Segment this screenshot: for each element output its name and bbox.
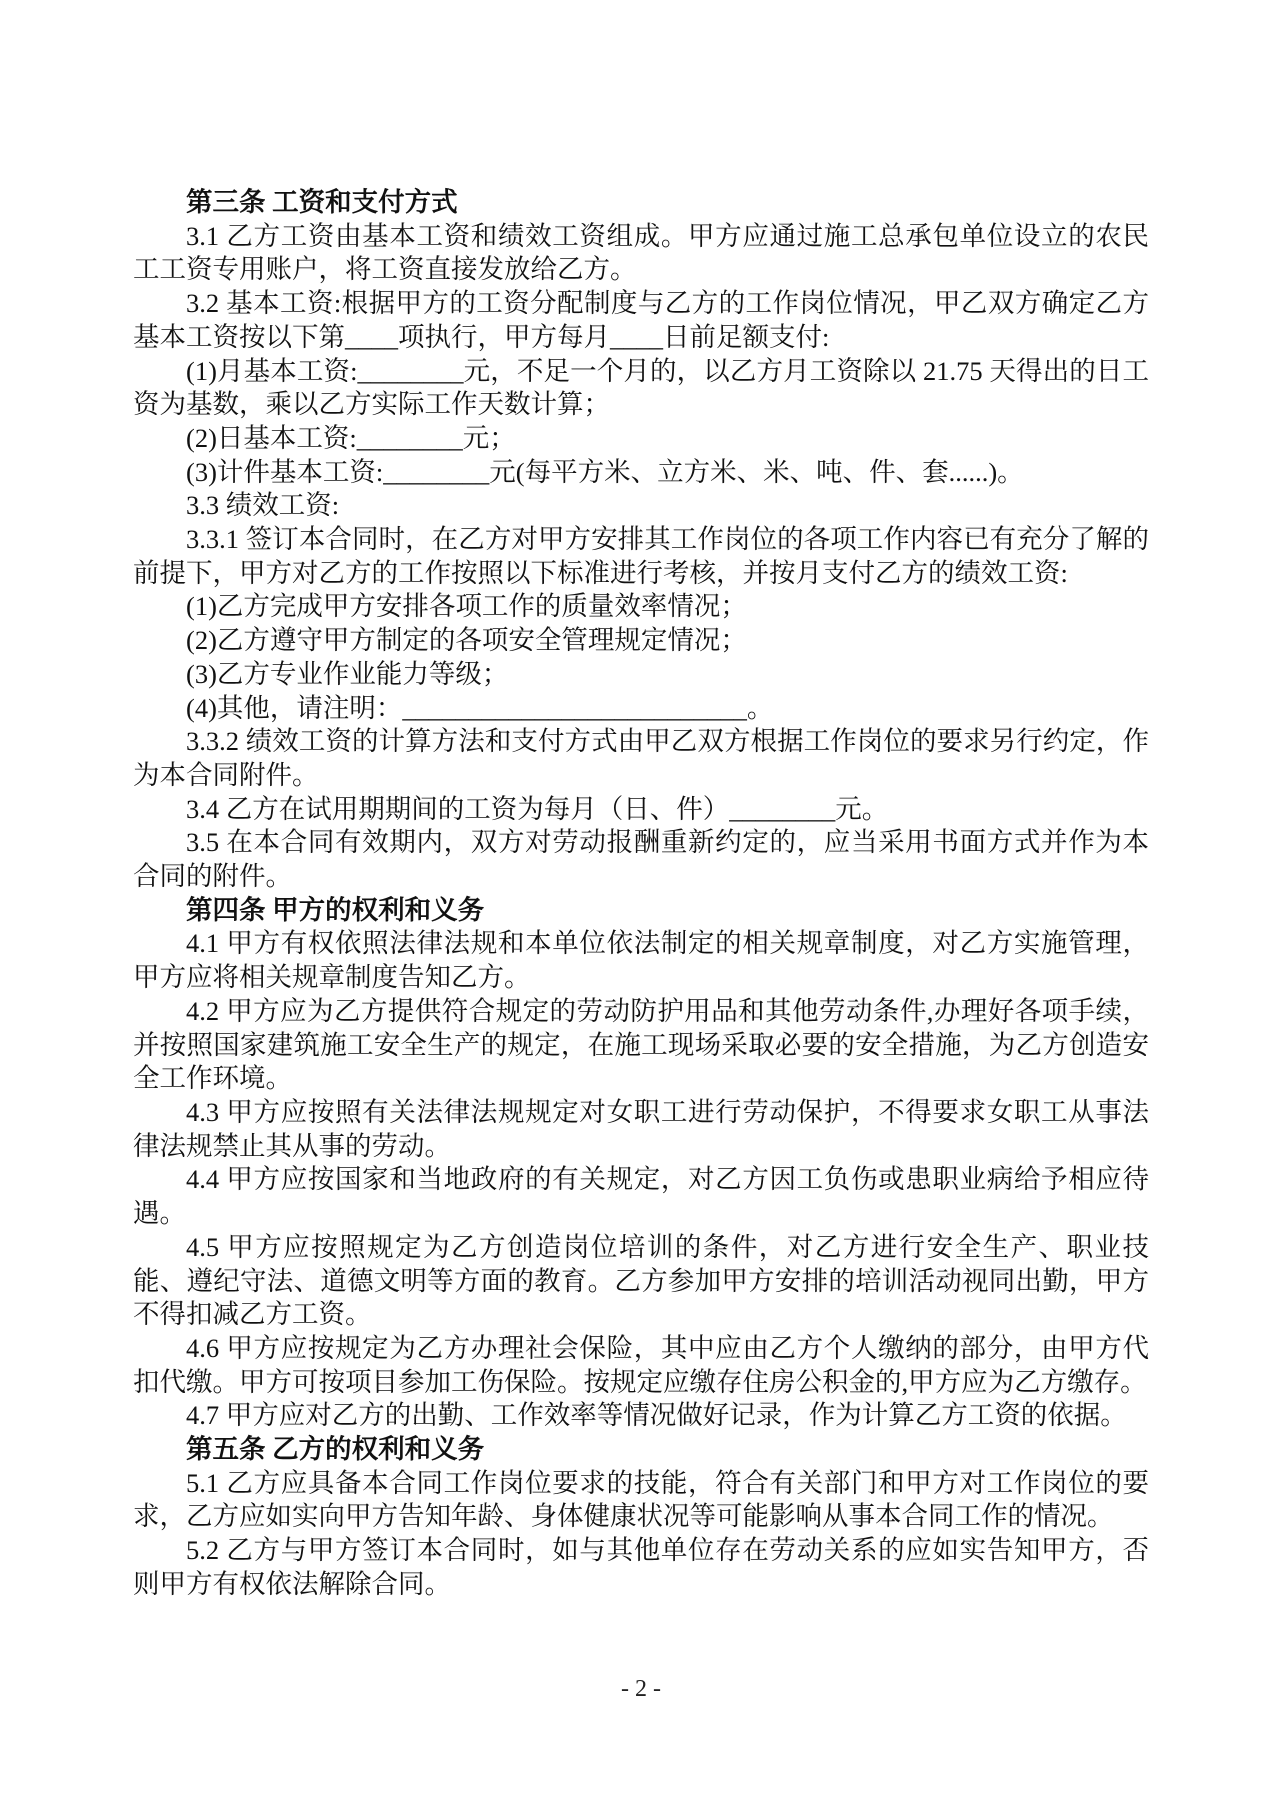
contract-paragraph: 3.3 绩效工资:: [133, 489, 1149, 523]
contract-paragraph: 5.2 乙方与甲方签订本合同时，如与其他单位存在劳动关系的应如实告知甲方，否则甲…: [133, 1534, 1149, 1601]
contract-paragraph: 3.3.2 绩效工资的计算方法和支付方式由甲乙双方根据工作岗位的要求另行约定，作…: [133, 725, 1149, 792]
contract-paragraph: 4.6 甲方应按规定为乙方办理社会保险，其中应由乙方个人缴纳的部分，由甲方代扣代…: [133, 1332, 1149, 1399]
contract-paragraph: (2)乙方遵守甲方制定的各项安全管理规定情况；: [133, 624, 1149, 658]
contract-paragraph: (4)其他，请注明：__________________________。: [133, 692, 1149, 726]
contract-paragraph: 4.5 甲方应按照规定为乙方创造岗位培训的条件，对乙方进行安全生产、职业技能、遵…: [133, 1231, 1149, 1332]
contract-paragraph: 4.7 甲方应对乙方的出勤、工作效率等情况做好记录，作为计算乙方工资的依据。: [133, 1399, 1149, 1433]
contract-paragraph: 3.3.1 签订本合同时，在乙方对甲方安排其工作岗位的各项工作内容已有充分了解的…: [133, 523, 1149, 590]
contract-paragraph: 3.5 在本合同有效期内，双方对劳动报酬重新约定的，应当采用书面方式并作为本合同…: [133, 826, 1149, 893]
contract-paragraph: (1)乙方完成甲方安排各项工作的质量效率情况；: [133, 590, 1149, 624]
contract-paragraph: 3.1 乙方工资由基本工资和绩效工资组成。甲方应通过施工总承包单位设立的农民工工…: [133, 220, 1149, 287]
contract-paragraph: 4.3 甲方应按照有关法律法规规定对女职工进行劳动保护，不得要求女职工从事法律法…: [133, 1096, 1149, 1163]
contract-page: 第三条 工资和支付方式3.1 乙方工资由基本工资和绩效工资组成。甲方应通过施工总…: [0, 0, 1280, 1810]
contract-paragraph: 3.2 基本工资:根据甲方的工资分配制度与乙方的工作岗位情况，甲乙双方确定乙方基…: [133, 287, 1149, 354]
contract-paragraph: (2)日基本工资:________元；: [133, 422, 1149, 456]
contract-paragraph: 4.1 甲方有权依照法律法规和本单位依法制定的相关规章制度，对乙方实施管理，甲方…: [133, 927, 1149, 994]
contract-body: 第三条 工资和支付方式3.1 乙方工资由基本工资和绩效工资组成。甲方应通过施工总…: [133, 186, 1149, 1602]
page-footer: - 2 -: [133, 1672, 1149, 1706]
section-heading: 第四条 甲方的权利和义务: [133, 894, 1149, 928]
section-heading: 第五条 乙方的权利和义务: [133, 1433, 1149, 1467]
contract-paragraph: (3)计件基本工资:________元(每平方米、立方米、米、吨、件、套....…: [133, 456, 1149, 490]
contract-paragraph: (1)月基本工资:________元，不足一个月的，以乙方月工资除以 21.75…: [133, 355, 1149, 422]
section-heading: 第三条 工资和支付方式: [133, 186, 1149, 220]
contract-paragraph: 5.1 乙方应具备本合同工作岗位要求的技能，符合有关部门和甲方对工作岗位的要求，…: [133, 1467, 1149, 1534]
contract-paragraph: 3.4 乙方在试用期期间的工资为每月（日、件）________元。: [133, 793, 1149, 827]
contract-paragraph: 4.2 甲方应为乙方提供符合规定的劳动防护用品和其他劳动条件,办理好各项手续，并…: [133, 995, 1149, 1096]
page-number: - 2 -: [621, 1676, 661, 1702]
contract-paragraph: 4.4 甲方应按国家和当地政府的有关规定，对乙方因工负伤或患职业病给予相应待遇。: [133, 1163, 1149, 1230]
contract-paragraph: (3)乙方专业作业能力等级；: [133, 658, 1149, 692]
